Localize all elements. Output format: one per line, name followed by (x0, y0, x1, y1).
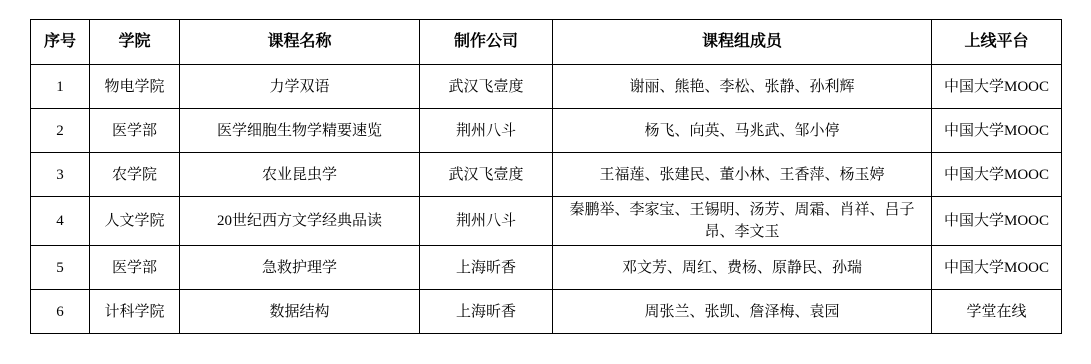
cell-col-college: 计科学院 (90, 290, 180, 334)
cell-col-index: 4 (31, 197, 90, 246)
column-header-col-college: 学院 (90, 20, 180, 65)
cell-col-members: 杨飞、向英、马兆武、邹小停 (553, 109, 932, 153)
cell-col-platform: 中国大学MOOC (932, 65, 1062, 109)
column-header-col-members: 课程组成员 (553, 20, 932, 65)
cell-col-college: 人文学院 (90, 197, 180, 246)
cell-col-college: 物电学院 (90, 65, 180, 109)
column-header-col-company: 制作公司 (420, 20, 553, 65)
table-row: 2医学部医学细胞生物学精要速览荆州八斗杨飞、向英、马兆武、邹小停中国大学MOOC (31, 109, 1062, 153)
cell-col-college: 医学部 (90, 109, 180, 153)
table-row: 6计科学院数据结构上海昕香周张兰、张凯、詹泽梅、袁园学堂在线 (31, 290, 1062, 334)
cell-col-college: 农学院 (90, 153, 180, 197)
column-header-col-course-name: 课程名称 (180, 20, 420, 65)
table-row: 3农学院农业昆虫学武汉飞壹度王福莲、张建民、董小林、王香萍、杨玉婷中国大学MOO… (31, 153, 1062, 197)
cell-col-company: 荆州八斗 (420, 197, 553, 246)
cell-col-platform: 中国大学MOOC (932, 109, 1062, 153)
cell-col-course-name: 20世纪西方文学经典品读 (180, 197, 420, 246)
column-header-col-index: 序号 (31, 20, 90, 65)
course-table-container: 序号学院课程名称制作公司课程组成员上线平台 1物电学院力学双语武汉飞壹度谢丽、熊… (30, 19, 1061, 334)
cell-col-index: 5 (31, 246, 90, 290)
cell-col-platform: 中国大学MOOC (932, 153, 1062, 197)
cell-col-company: 荆州八斗 (420, 109, 553, 153)
cell-col-members: 邓文芳、周红、费杨、原静民、孙瑞 (553, 246, 932, 290)
cell-col-index: 3 (31, 153, 90, 197)
cell-col-members: 周张兰、张凯、詹泽梅、袁园 (553, 290, 932, 334)
cell-col-course-name: 急救护理学 (180, 246, 420, 290)
cell-col-platform: 学堂在线 (932, 290, 1062, 334)
cell-col-platform: 中国大学MOOC (932, 246, 1062, 290)
cell-col-course-name: 数据结构 (180, 290, 420, 334)
cell-col-company: 上海昕香 (420, 246, 553, 290)
cell-col-company: 武汉飞壹度 (420, 65, 553, 109)
cell-col-members: 秦鹏举、李家宝、王锡明、汤芳、周霜、肖祥、吕子昂、李文玉 (553, 197, 932, 246)
cell-col-college: 医学部 (90, 246, 180, 290)
cell-col-company: 上海昕香 (420, 290, 553, 334)
course-table: 序号学院课程名称制作公司课程组成员上线平台 1物电学院力学双语武汉飞壹度谢丽、熊… (30, 19, 1062, 334)
cell-col-platform: 中国大学MOOC (932, 197, 1062, 246)
cell-col-course-name: 力学双语 (180, 65, 420, 109)
table-row: 4人文学院20世纪西方文学经典品读荆州八斗秦鹏举、李家宝、王锡明、汤芳、周霜、肖… (31, 197, 1062, 246)
cell-col-index: 6 (31, 290, 90, 334)
column-header-col-platform: 上线平台 (932, 20, 1062, 65)
cell-col-index: 2 (31, 109, 90, 153)
cell-col-members: 王福莲、张建民、董小林、王香萍、杨玉婷 (553, 153, 932, 197)
table-row: 1物电学院力学双语武汉飞壹度谢丽、熊艳、李松、张静、孙利辉中国大学MOOC (31, 65, 1062, 109)
table-body: 1物电学院力学双语武汉飞壹度谢丽、熊艳、李松、张静、孙利辉中国大学MOOC2医学… (31, 65, 1062, 334)
header-row: 序号学院课程名称制作公司课程组成员上线平台 (31, 20, 1062, 65)
cell-col-company: 武汉飞壹度 (420, 153, 553, 197)
cell-col-course-name: 农业昆虫学 (180, 153, 420, 197)
cell-col-members: 谢丽、熊艳、李松、张静、孙利辉 (553, 65, 932, 109)
cell-col-course-name: 医学细胞生物学精要速览 (180, 109, 420, 153)
cell-col-index: 1 (31, 65, 90, 109)
table-row: 5医学部急救护理学上海昕香邓文芳、周红、费杨、原静民、孙瑞中国大学MOOC (31, 246, 1062, 290)
